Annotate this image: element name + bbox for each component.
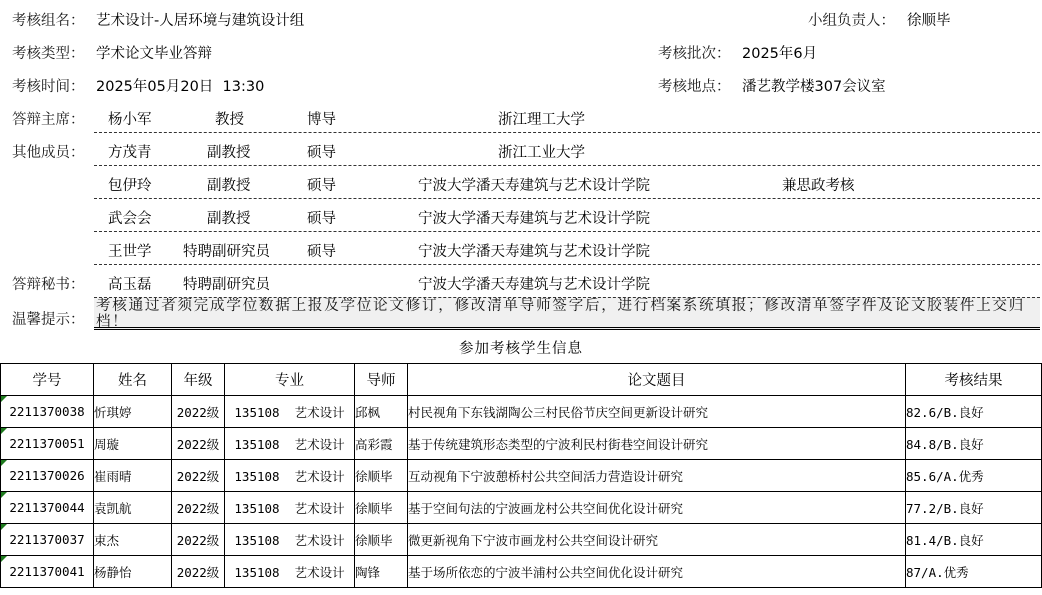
table-row: 2211370038 忻琪婷 2022级 135108 艺术设计 邱枫 村民视角…	[1, 396, 1042, 428]
student-grade[interactable]: 2022级	[172, 556, 225, 588]
divider	[94, 264, 1040, 265]
batch-value[interactable]: 2025年6月	[742, 42, 817, 63]
table-header-row: 学号 姓名 年级 专业 导师 论文题目 考核结果	[1, 364, 1042, 396]
time-label: 考核时间：	[12, 75, 85, 96]
student-name[interactable]: 周璇	[94, 428, 172, 460]
student-advisor[interactable]: 高彩霞	[355, 428, 408, 460]
student-grade[interactable]: 2022级	[172, 396, 225, 428]
notice-text[interactable]: 考核通过者须完成学位数据上报及学位论文修订，修改清单导师签字后，进行档案系统填报…	[94, 297, 1040, 330]
column-header-major[interactable]: 专业	[225, 364, 355, 396]
member-note[interactable]: 兼思政考核	[782, 174, 855, 195]
student-advisor[interactable]: 邱枫	[355, 396, 408, 428]
column-header-id[interactable]: 学号	[1, 364, 94, 396]
student-id: 2211370038	[9, 404, 84, 419]
group-name-value[interactable]: 艺术设计-人居环境与建筑设计组	[96, 9, 304, 30]
comment-marker-icon	[1, 492, 7, 498]
member-name[interactable]: 高玉磊	[108, 273, 152, 294]
student-id: 2211370041	[9, 564, 84, 579]
student-result[interactable]: 87/A.优秀	[906, 556, 1042, 588]
leader-value[interactable]: 徐顺毕	[907, 9, 951, 30]
table-row: 2211370037 束杰 2022级 135108 艺术设计 徐顺毕 微更新视…	[1, 524, 1042, 556]
student-id-cell[interactable]: 2211370026	[1, 460, 94, 492]
student-thesis-title[interactable]: 基于传统建筑形态类型的宁波利民村街巷空间设计研究	[408, 428, 906, 460]
divider	[94, 132, 1040, 133]
student-grade[interactable]: 2022级	[172, 460, 225, 492]
batch-label: 考核批次：	[658, 42, 731, 63]
member-name[interactable]: 武会会	[108, 207, 152, 228]
student-result[interactable]: 82.6/B.良好	[906, 396, 1042, 428]
student-result[interactable]: 84.8/B.良好	[906, 428, 1042, 460]
student-id-cell[interactable]: 2211370044	[1, 492, 94, 524]
student-thesis-title[interactable]: 互动视角下宁波憩桥村公共空间活力营造设计研究	[408, 460, 906, 492]
student-id-cell[interactable]: 2211370037	[1, 524, 94, 556]
student-major[interactable]: 135108 艺术设计	[225, 556, 355, 588]
student-id: 2211370026	[9, 468, 84, 483]
member-supervisor[interactable]: 硕导	[307, 207, 336, 228]
comment-marker-icon	[1, 428, 7, 434]
location-label: 考核地点：	[658, 75, 731, 96]
divider	[94, 198, 1040, 199]
student-major[interactable]: 135108 艺术设计	[225, 492, 355, 524]
student-grade[interactable]: 2022级	[172, 492, 225, 524]
member-org[interactable]: 宁波大学潘天寿建筑与艺术设计学院	[418, 207, 650, 228]
column-header-advisor[interactable]: 导师	[355, 364, 408, 396]
divider	[94, 231, 1040, 232]
member-name[interactable]: 王世学	[108, 240, 152, 261]
students-table: 学号 姓名 年级 专业 导师 论文题目 考核结果 2211370038 忻琪婷 …	[0, 363, 1042, 588]
students-section-title: 参加考核学生信息	[0, 337, 1042, 358]
student-id: 2211370037	[9, 532, 84, 547]
table-row: 2211370051 周璇 2022级 135108 艺术设计 高彩霞 基于传统…	[1, 428, 1042, 460]
member-title[interactable]: 教授	[215, 108, 244, 129]
table-row: 2211370044 袁凯航 2022级 135108 艺术设计 徐顺毕 基于空…	[1, 492, 1042, 524]
student-name[interactable]: 袁凯航	[94, 492, 172, 524]
committee-row-member: 王世学 特聘副研究员 硕导 宁波大学潘天寿建筑与艺术设计学院	[0, 240, 1042, 260]
leader-label: 小组负责人：	[808, 9, 895, 30]
column-header-grade[interactable]: 年级	[172, 364, 225, 396]
member-org[interactable]: 宁波大学潘天寿建筑与艺术设计学院	[418, 240, 650, 261]
table-row: 2211370041 杨静怡 2022级 135108 艺术设计 陶锋 基于场所…	[1, 556, 1042, 588]
student-name[interactable]: 束杰	[94, 524, 172, 556]
student-major[interactable]: 135108 艺术设计	[225, 396, 355, 428]
comment-marker-icon	[1, 556, 7, 562]
member-name[interactable]: 包伊玲	[108, 174, 152, 195]
member-title[interactable]: 副教授	[207, 174, 251, 195]
student-thesis-title[interactable]: 村民视角下东钱湖陶公三村民俗节庆空间更新设计研究	[408, 396, 906, 428]
time-value[interactable]: 2025年05月20日 13:30	[96, 75, 264, 96]
member-org[interactable]: 浙江理工大学	[498, 108, 585, 129]
member-org[interactable]: 宁波大学潘天寿建筑与艺术设计学院	[418, 174, 650, 195]
student-id-cell[interactable]: 2211370051	[1, 428, 94, 460]
type-value[interactable]: 学术论文毕业答辩	[96, 42, 212, 63]
member-supervisor[interactable]: 硕导	[307, 240, 336, 261]
student-id: 2211370044	[9, 500, 84, 515]
student-major[interactable]: 135108 艺术设计	[225, 524, 355, 556]
member-title[interactable]: 副教授	[207, 141, 251, 162]
student-name[interactable]: 崔雨晴	[94, 460, 172, 492]
student-advisor[interactable]: 徐顺毕	[355, 524, 408, 556]
student-major[interactable]: 135108 艺术设计	[225, 428, 355, 460]
student-advisor[interactable]: 徐顺毕	[355, 460, 408, 492]
comment-marker-icon	[1, 396, 7, 402]
member-org[interactable]: 宁波大学潘天寿建筑与艺术设计学院	[418, 273, 650, 294]
group-name-label: 考核组名：	[12, 9, 85, 30]
type-label: 考核类型：	[12, 42, 85, 63]
student-grade[interactable]: 2022级	[172, 524, 225, 556]
member-supervisor[interactable]: 博导	[307, 108, 336, 129]
student-name[interactable]: 忻琪婷	[94, 396, 172, 428]
committee-row-member: 武会会 副教授 硕导 宁波大学潘天寿建筑与艺术设计学院	[0, 207, 1042, 227]
student-result[interactable]: 81.4/B.良好	[906, 524, 1042, 556]
student-grade[interactable]: 2022级	[172, 428, 225, 460]
member-name[interactable]: 杨小军	[108, 108, 152, 129]
member-supervisor[interactable]: 硕导	[307, 174, 336, 195]
student-major[interactable]: 135108 艺术设计	[225, 460, 355, 492]
member-title[interactable]: 特聘副研究员	[183, 240, 270, 261]
member-name[interactable]: 方茂青	[108, 141, 152, 162]
divider	[94, 165, 1040, 166]
student-result[interactable]: 77.2/B.良好	[906, 492, 1042, 524]
member-title[interactable]: 特聘副研究员	[183, 273, 270, 294]
table-row: 2211370026 崔雨晴 2022级 135108 艺术设计 徐顺毕 互动视…	[1, 460, 1042, 492]
student-result[interactable]: 85.6/A.优秀	[906, 460, 1042, 492]
student-thesis-title[interactable]: 基于空间句法的宁波画龙村公共空间优化设计研究	[408, 492, 906, 524]
committee-row-member: 方茂青 副教授 硕导 浙江工业大学	[0, 141, 1042, 161]
student-thesis-title[interactable]: 微更新视角下宁波市画龙村公共空间设计研究	[408, 524, 906, 556]
member-org[interactable]: 浙江工业大学	[498, 141, 585, 162]
column-header-name[interactable]: 姓名	[94, 364, 172, 396]
student-name[interactable]: 杨静怡	[94, 556, 172, 588]
student-advisor[interactable]: 徐顺毕	[355, 492, 408, 524]
student-thesis-title[interactable]: 基于场所依恋的宁波半浦村公共空间优化设计研究	[408, 556, 906, 588]
notice-label: 温馨提示：	[12, 308, 85, 329]
location-value[interactable]: 潘艺教学楼307会议室	[742, 75, 886, 96]
committee-row-member: 包伊玲 副教授 硕导 宁波大学潘天寿建筑与艺术设计学院 兼思政考核	[0, 174, 1042, 194]
comment-marker-icon	[1, 524, 7, 530]
member-title[interactable]: 副教授	[207, 207, 251, 228]
column-header-thesis-title[interactable]: 论文题目	[408, 364, 906, 396]
comment-marker-icon	[1, 460, 7, 466]
student-id: 2211370051	[9, 436, 84, 451]
committee-row-secretary: 高玉磊 特聘副研究员 宁波大学潘天寿建筑与艺术设计学院	[0, 273, 1042, 293]
student-id-cell[interactable]: 2211370041	[1, 556, 94, 588]
student-advisor[interactable]: 陶锋	[355, 556, 408, 588]
student-id-cell[interactable]: 2211370038	[1, 396, 94, 428]
committee-row-chair: 杨小军 教授 博导 浙江理工大学	[0, 108, 1042, 128]
column-header-result[interactable]: 考核结果	[906, 364, 1042, 396]
member-supervisor[interactable]: 硕导	[307, 141, 336, 162]
